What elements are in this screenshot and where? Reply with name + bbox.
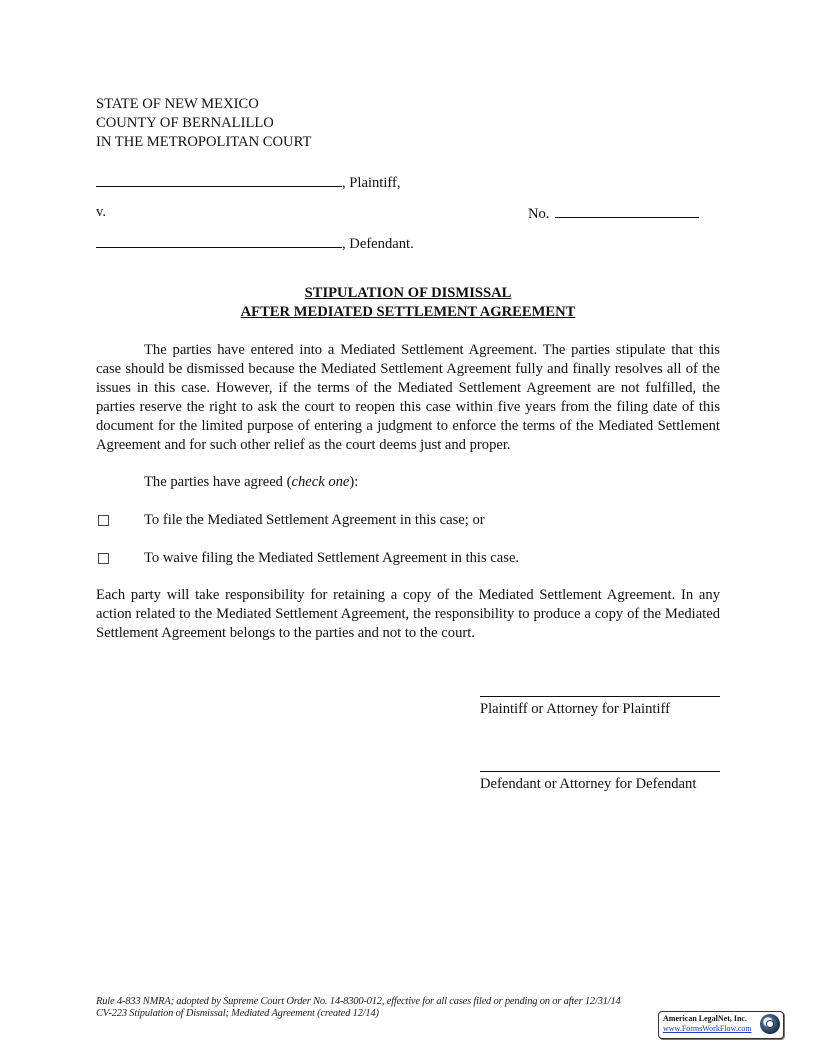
agreed-prefix: The parties have agreed ( — [144, 474, 291, 490]
title-line2-text: AFTER MEDIATED SETTLEMENT AGREEMENT — [241, 304, 576, 320]
case-number-line: No. — [528, 203, 699, 224]
agreed-suffix: ): — [349, 474, 358, 490]
case-number-label: No. — [528, 206, 550, 222]
plaintiff-signature-label: Plaintiff or Attorney for Plaintiff — [480, 700, 670, 719]
defendant-line: , Defendant. — [96, 233, 414, 254]
responsibility-paragraph: Each party will take responsibility for … — [96, 586, 720, 643]
defendant-signature-label: Defendant or Attorney for Defendant — [480, 775, 696, 794]
settlement-paragraph-text: The parties have entered into a Mediated… — [96, 342, 720, 453]
defendant-signature-line[interactable] — [480, 771, 720, 772]
file-agreement-option-label: To file the Mediated Settlement Agreemen… — [144, 511, 485, 530]
plaintiff-label: , Plaintiff, — [342, 175, 401, 191]
badge-url-link[interactable]: www.FormsWorkFlow.com — [663, 1024, 752, 1033]
rule-citation: Rule 4-833 NMRA; adopted by Supreme Cour… — [96, 996, 621, 1008]
file-agreement-checkbox[interactable] — [98, 515, 109, 526]
defendant-label: , Defendant. — [342, 236, 414, 252]
case-number-field[interactable] — [555, 203, 699, 218]
plaintiff-name-field[interactable] — [96, 172, 342, 187]
document-title-line1: STIPULATION OF DISMISSAL — [0, 284, 816, 303]
settlement-paragraph: The parties have entered into a Mediated… — [96, 341, 720, 455]
check-one-note: check one — [291, 474, 349, 490]
court-heading: IN THE METROPOLITAN COURT — [96, 133, 311, 152]
agreed-instruction: The parties have agreed (check one): — [144, 473, 358, 492]
defendant-name-field[interactable] — [96, 233, 342, 248]
plaintiff-line: , Plaintiff, — [96, 172, 401, 193]
legalnet-badge[interactable]: American LegalNet, Inc. www.FormsWorkFlo… — [658, 1011, 784, 1039]
waive-filing-checkbox[interactable] — [98, 553, 109, 564]
plaintiff-signature-line[interactable] — [480, 696, 720, 697]
title-line1-text: STIPULATION OF DISMISSAL — [305, 285, 512, 301]
form-identifier: CV-223 Stipulation of Dismissal; Mediate… — [96, 1008, 379, 1020]
state-heading: STATE OF NEW MEXICO — [96, 95, 259, 114]
waive-filing-option-label: To waive filing the Mediated Settlement … — [144, 549, 519, 568]
badge-company: American LegalNet, Inc. — [663, 1014, 747, 1023]
swirl-logo-icon — [760, 1014, 780, 1034]
document-title-line2: AFTER MEDIATED SETTLEMENT AGREEMENT — [0, 303, 816, 322]
versus-label: v. — [96, 203, 106, 222]
county-heading: COUNTY OF BERNALILLO — [96, 114, 274, 133]
